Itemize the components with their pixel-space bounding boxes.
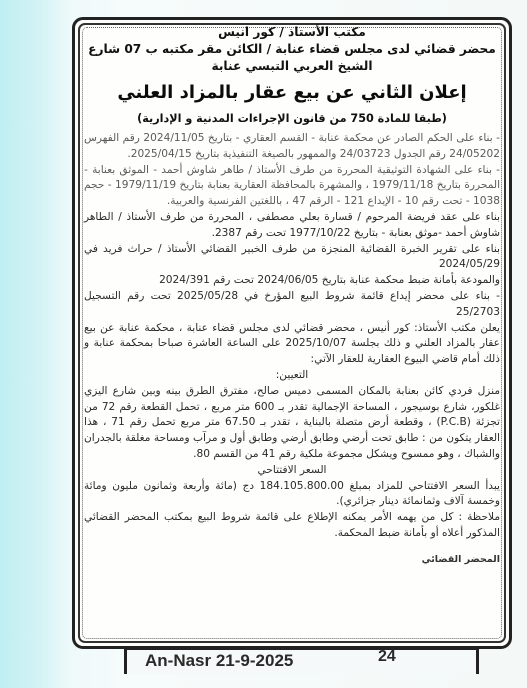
notice-title: إعلان الثاني عن بيع عقار بالمزاد العلني	[84, 81, 500, 105]
page-number: 24	[378, 648, 396, 666]
designation-heading: التعيين:	[84, 368, 500, 384]
paragraph-notarial-certificate: - بناء على الشهادة التوثيقية المحررة من …	[84, 163, 500, 210]
office-address-line1: محضر قضائي لدى مجلس قضاء عنابة / الكائن …	[84, 41, 500, 58]
office-address-line2: الشيخ العربي التبسي عنابة	[84, 58, 500, 75]
property-description: منزل فردي كائن بعنابة بالمكان المسمى دمي…	[84, 384, 500, 463]
opening-price-text: يبدأ السعر الافتتاحي للمزاد بمبلغ 184.10…	[84, 479, 500, 511]
notice-legal-basis: (طبقا للمادة 750 من قانون الإجراءات المد…	[84, 111, 500, 127]
paragraph-court-deposit: والمودعة بأمانة ضبط محكمة عنابة بتاريخ 2…	[84, 273, 500, 289]
opening-price-heading: السعر الافتتاحي	[84, 463, 500, 479]
paragraph-conditions-list: - بناء على محضر إيداع قائمة شروط البيع ا…	[84, 289, 500, 321]
office-name: مكتب الأستاذ / كور انيس	[84, 24, 500, 41]
paragraph-auction-announcement: يعلن مكتب الأستاذ: كور أنيس ، محضر قضائي…	[84, 321, 500, 368]
paragraph-expert-report: بناء على تقرير الخبرة القضائية المنجزة م…	[84, 242, 500, 274]
note-text: ملاحظة : كل من يهمه الأمر يمكنه الإطلاع …	[84, 510, 500, 542]
paragraph-inheritance-deed: بناء على عقد فريضة المرحوم / قسارة بعلي …	[84, 210, 500, 242]
publication-date: An-Nasr 21-9-2025	[145, 651, 293, 671]
legal-notice: مكتب الأستاذ / كور انيس محضر قضائي لدى م…	[84, 24, 500, 624]
paragraph-court-judgment: - بناء على الحكم الصادر عن محكمة عنابة -…	[84, 131, 500, 163]
signature: المحضر القضائي	[84, 554, 500, 565]
